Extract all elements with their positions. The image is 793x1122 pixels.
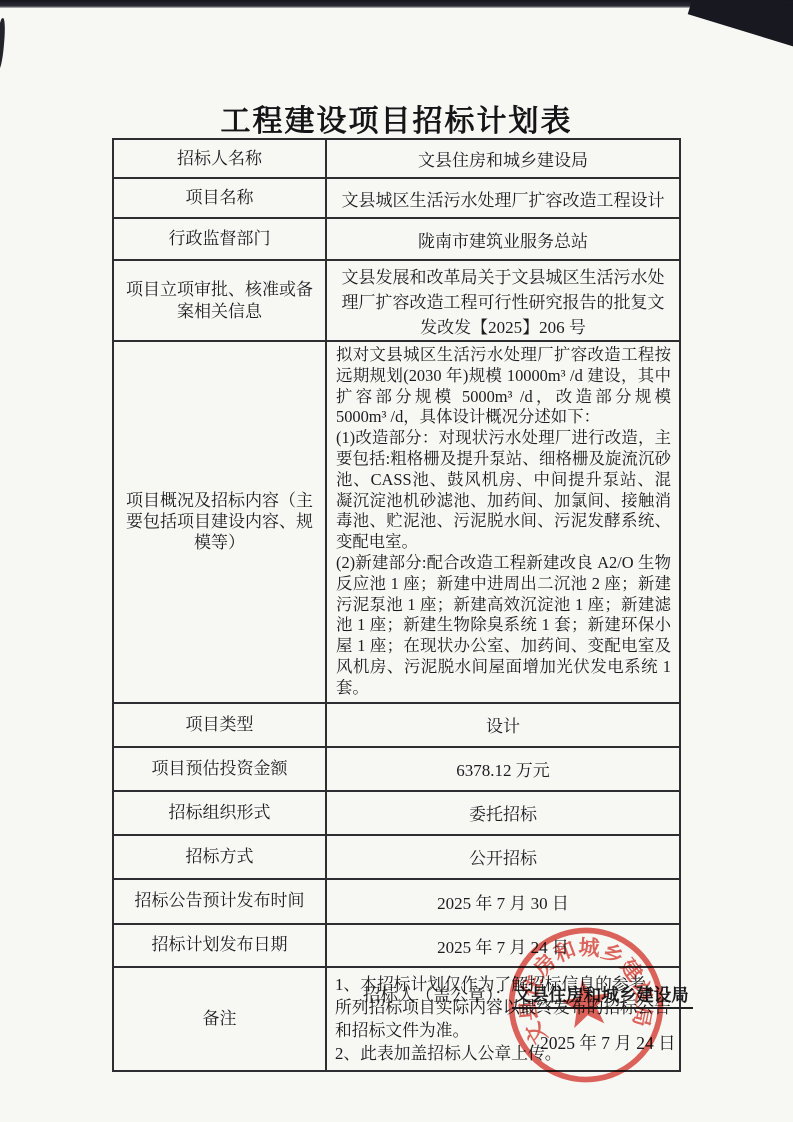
supervising-department-value: 陇南市建筑业服务总站 [326,218,680,260]
scan-artifact-top-right-corner [688,0,793,55]
tenderer-name-value: 文县住房和城乡建设局 [326,139,680,178]
scan-artifact-top-edge [0,0,793,8]
remarks-label: 备注 [113,967,326,1071]
supervising-department-label: 行政监督部门 [113,218,326,260]
project-type-value: 设计 [326,703,680,747]
organization-form-value: 委托招标 [326,791,680,835]
tenderer-name-label: 招标人名称 [113,139,326,178]
signature-label: 招标人（盖公章）： [363,985,512,1005]
table-row-supervising-department: 行政监督部门 陇南市建筑业服务总站 [113,218,680,260]
table-row-approval-info: 项目立项审批、核准或备案相关信息 文县发展和改革局关于文县城区生活污水处理厂扩容… [113,260,680,341]
estimated-investment-label: 项目预估投资金额 [113,747,326,791]
project-name-value: 文县城区生活污水处理厂扩容改造工程设计 [326,178,680,218]
table-row-announcement-date: 招标公告预计发布时间 2025 年 7 月 30 日 [113,879,680,924]
bidding-method-label: 招标方式 [113,835,326,879]
bidding-method-value: 公开招标 [326,835,680,879]
project-name-label: 项目名称 [113,178,326,218]
scanned-page: 工程建设项目招标计划表 招标人名称 文县住房和城乡建设局 项目名称 文县城区生活… [0,0,793,1122]
table-row-tenderer-name: 招标人名称 文县住房和城乡建设局 [113,139,680,178]
announcement-date-label: 招标公告预计发布时间 [113,879,326,924]
table-row-estimated-investment: 项目预估投资金额 6378.12 万元 [113,747,680,791]
signature-name: 文县住房和城乡建设局 [512,985,693,1009]
bidding-plan-table: 招标人名称 文县住房和城乡建设局 项目名称 文县城区生活污水处理厂扩容改造工程设… [112,138,681,1072]
approval-info-value: 文县发展和改革局关于文县城区生活污水处理厂扩容改造工程可行性研究报告的批复文发改… [326,260,680,341]
estimated-investment-value: 6378.12 万元 [326,747,680,791]
approval-info-label: 项目立项审批、核准或备案相关信息 [113,260,326,341]
plan-publish-date-value: 2025 年 7 月 24 日 [326,924,680,967]
plan-publish-date-label: 招标计划发布日期 [113,924,326,967]
scan-artifact-left-edge [0,18,6,70]
table-row-project-overview: 项目概况及招标内容（主要包括项目建设内容、规模等） 拟对文县城区生活污水处理厂扩… [113,341,680,703]
project-overview-label: 项目概况及招标内容（主要包括项目建设内容、规模等） [113,341,326,703]
table-row-organization-form: 招标组织形式 委托招标 [113,791,680,835]
project-type-label: 项目类型 [113,703,326,747]
signature-date: 2025 年 7 月 24 日 [540,1030,676,1055]
organization-form-label: 招标组织形式 [113,791,326,835]
table-row-plan-publish-date: 招标计划发布日期 2025 年 7 月 24 日 [113,924,680,967]
table-row-project-name: 项目名称 文县城区生活污水处理厂扩容改造工程设计 [113,178,680,218]
project-overview-value: 拟对文县城区生活污水处理厂扩容改造工程按远期规划(2030 年)规模 10000… [326,341,680,703]
table-row-bidding-method: 招标方式 公开招标 [113,835,680,879]
table-row-project-type: 项目类型 设计 [113,703,680,747]
document-title: 工程建设项目招标计划表 [0,96,793,140]
announcement-date-value: 2025 年 7 月 30 日 [326,879,680,924]
signature-line: 招标人（盖公章）：文县住房和城乡建设局 [363,982,693,1007]
